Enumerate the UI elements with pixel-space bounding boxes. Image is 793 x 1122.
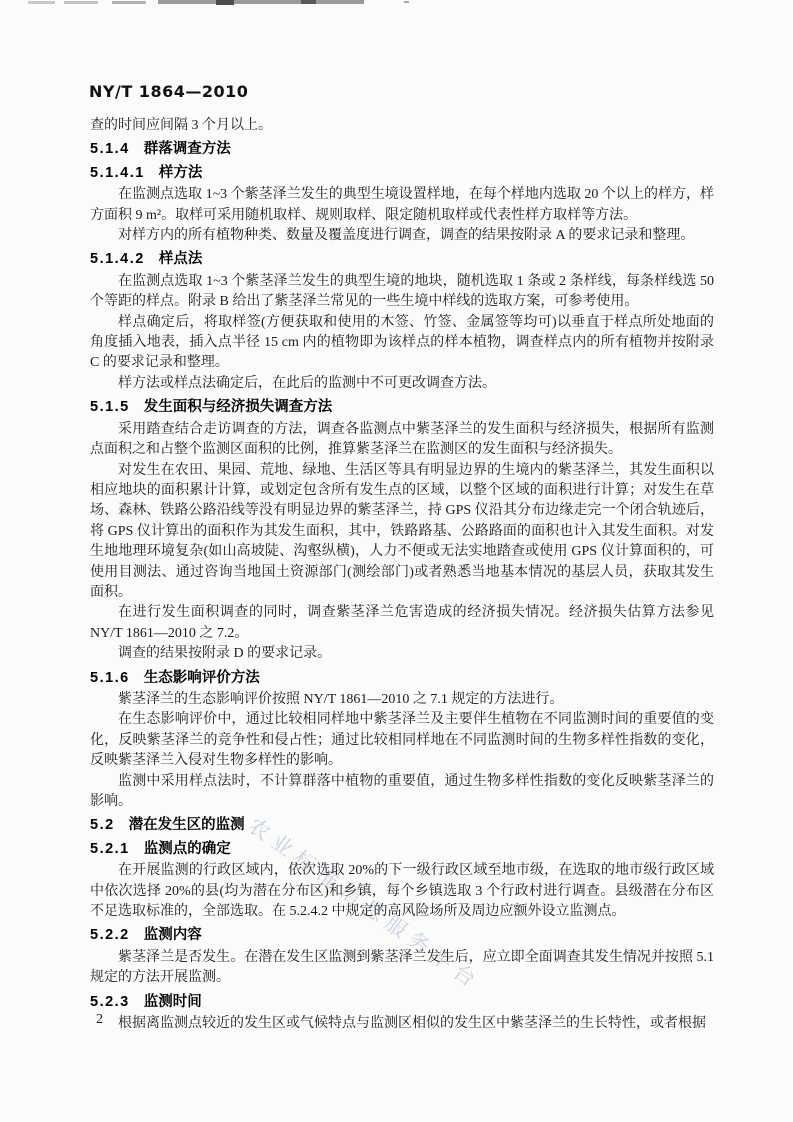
- body-paragraph: 查的时间应间隔 3 个月以上。: [90, 116, 714, 136]
- section-heading: 5.2.3监测时间: [90, 992, 714, 1012]
- body-paragraph: 紫茎泽兰的生态影响评价按照 NY/T 1861—2010 之 7.1 规定的方法…: [90, 690, 714, 710]
- body-paragraph: 在监测点选取 1~3 个紫茎泽兰发生的典型生境的地块，随机选取 1 条或 2 条…: [90, 272, 714, 313]
- section-number: 5.2.3: [90, 994, 130, 1010]
- body-paragraph: 样点确定后，将取样签(方便获取和使用的木签、竹签、金属签等均可)以垂直于样点所处…: [90, 313, 714, 374]
- section-heading: 5.2.2监测内容: [90, 925, 714, 945]
- section-number: 5.2.2: [90, 927, 130, 943]
- section-heading: 5.1.4.2样点法: [90, 249, 714, 269]
- scan-artifact-strip: [28, 1, 55, 4]
- section-title: 潜在发生区的监测: [129, 817, 245, 833]
- section-heading: 5.2.1监测点的确定: [90, 839, 714, 859]
- section-heading: 5.1.5发生面积与经济损失调查方法: [90, 397, 714, 417]
- body-paragraph: 采用踏查结合走访调查的方法，调查各监测点中紫茎泽兰的发生面积与经济损失，根据所有…: [90, 420, 714, 461]
- body-paragraph: 在生态影响评价中，通过比较相同样地中紫茎泽兰及主要伴生植物在不同监测时间的重要值…: [90, 710, 714, 771]
- section-title: 样点法: [159, 251, 203, 267]
- section-title: 生态影响评价方法: [144, 670, 260, 686]
- body-paragraph: 在开展监测的行政区域内，依次选取 20%的下一级行政区域至地市级，在选取的地市级…: [90, 861, 714, 922]
- body-paragraph: 在进行发生面积调查的同时，调查紫茎泽兰危害造成的经济损失情况。经济损失估算方法参…: [90, 603, 714, 644]
- scan-artifact-strip: [216, 0, 234, 5]
- scan-artifact-strip: [112, 1, 146, 4]
- section-number: 5.1.4.2: [90, 251, 145, 267]
- section-number: 5.2.1: [90, 841, 130, 857]
- body-paragraph: 样方法或样点法确定后，在此后的监测中不可更改调查方法。: [90, 374, 714, 394]
- section-heading: 5.1.4.1样方法: [90, 163, 714, 183]
- section-title: 样方法: [159, 165, 203, 181]
- standard-number-header: NY/T 1864—2010: [89, 82, 248, 101]
- scan-artifact-strip: [64, 1, 98, 4]
- scan-artifact-strip: [158, 0, 364, 4]
- body-paragraph: 紫茎泽兰是否发生。在潜在发生区监测到紫茎泽兰发生后，应立即全面调查其发生情况并按…: [90, 948, 714, 989]
- section-heading: 5.2潜在发生区的监测: [90, 815, 714, 835]
- section-heading: 5.1.4群落调查方法: [90, 139, 714, 159]
- section-title: 监测点的确定: [144, 841, 231, 857]
- section-title: 发生面积与经济损失调查方法: [144, 399, 333, 415]
- body-paragraph: 调查的结果按附录 D 的要求记录。: [90, 644, 714, 664]
- scan-artifact-strip: [301, 0, 316, 4]
- body-paragraph: 对发生在农田、果园、荒地、绿地、生活区等具有明显边界的生境内的紫茎泽兰，其发生面…: [90, 461, 714, 604]
- section-number: 5.1.5: [90, 399, 130, 415]
- body-paragraph: 根据离监测点较近的发生区或气候特点与监测区相似的发生区中紫茎泽兰的生长特性，或者…: [90, 1014, 714, 1034]
- section-number: 5.1.4.1: [90, 165, 145, 181]
- section-number: 5.1.6: [90, 670, 130, 686]
- body-paragraph: 监测中采用样点法时，不计算群落中植物的重要值，通过生物多样性指数的变化反映紫茎泽…: [90, 772, 714, 813]
- document-body: 查的时间应间隔 3 个月以上。5.1.4群落调查方法5.1.4.1样方法在监测点…: [90, 116, 714, 1034]
- section-title: 群落调查方法: [144, 141, 231, 157]
- section-heading: 5.1.6生态影响评价方法: [90, 668, 714, 688]
- section-number: 5.1.4: [90, 141, 130, 157]
- section-number: 5.2: [90, 817, 115, 833]
- scan-artifact-strip: [404, 1, 409, 3]
- body-paragraph: 对样方内的所有植物种类、数量及覆盖度进行调查，调查的结果按附录 A 的要求记录和…: [90, 226, 714, 246]
- page-number: 2: [96, 1012, 103, 1028]
- body-paragraph: 在监测点选取 1~3 个紫茎泽兰发生的典型生境设置样地，在每个样地内选取 20 …: [90, 185, 714, 226]
- section-title: 监测内容: [144, 927, 202, 943]
- scanned-standard-page: NY/T 1864—2010 农业标准信息服务平台 查的时间应间隔 3 个月以上…: [0, 0, 793, 1122]
- section-title: 监测时间: [144, 994, 202, 1010]
